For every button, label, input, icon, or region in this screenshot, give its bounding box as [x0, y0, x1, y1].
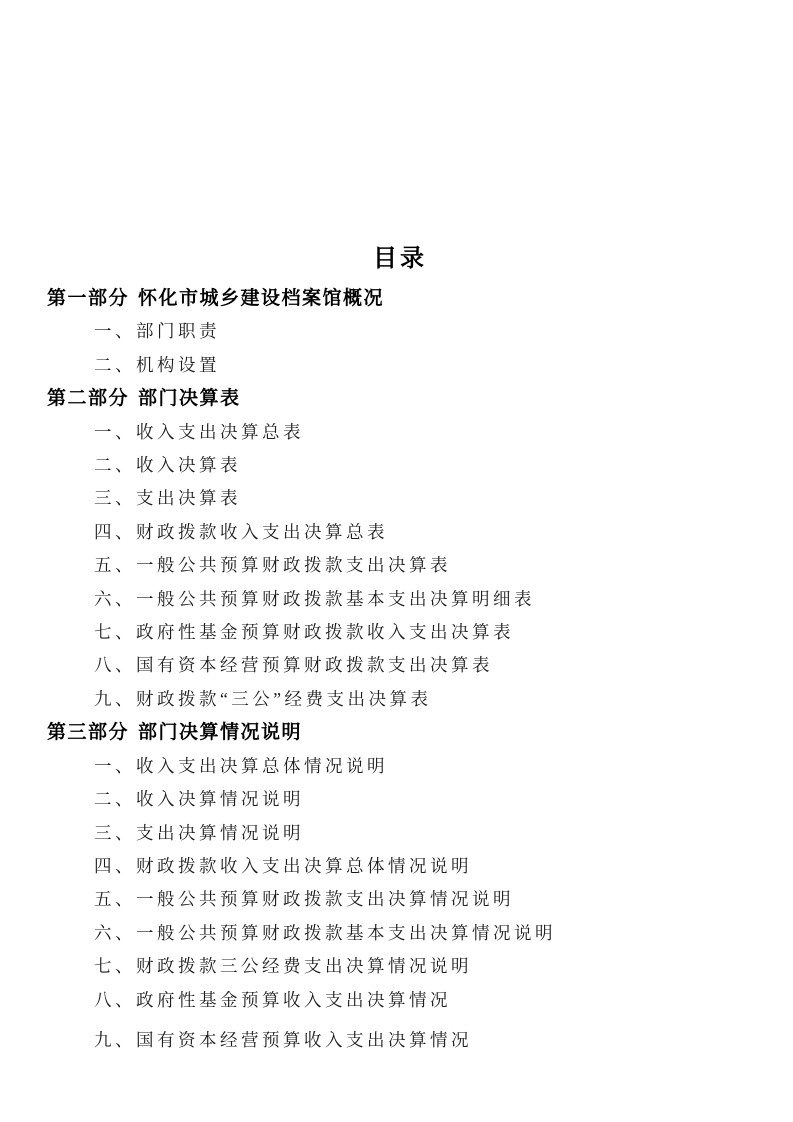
toc-item: 九、财政拨款“三公”经费支出决算表 [94, 683, 753, 716]
toc-item: 五、一般公共预算财政拨款支出决算表 [94, 549, 753, 582]
toc-section-heading: 第二部分部门决算表 [47, 382, 753, 415]
toc-section-title: 部门决算情况说明 [138, 722, 302, 743]
toc-item: 一、收入支出决算总表 [94, 416, 753, 449]
toc-section-label: 第三部分 [47, 722, 129, 743]
toc-item: 六、一般公共预算财政拨款基本支出决算情况说明 [94, 917, 753, 950]
toc-item: 九、国有资本经营预算收入支出决算情况 [94, 1024, 753, 1057]
toc-section-heading: 第一部分怀化市城乡建设档案馆概况 [47, 282, 753, 315]
toc-section-label: 第一部分 [47, 288, 129, 309]
toc-section-1: 第一部分怀化市城乡建设档案馆概况一、部门职责二、机构设置 [47, 282, 753, 382]
toc-item: 八、国有资本经营预算财政拨款支出决算表 [94, 649, 753, 682]
table-of-contents: 第一部分怀化市城乡建设档案馆概况一、部门职责二、机构设置第二部分部门决算表一、收… [47, 282, 753, 1057]
toc-item: 二、收入决算情况说明 [94, 783, 753, 816]
toc-item: 二、收入决算表 [94, 449, 753, 482]
toc-item: 四、财政拨款收入支出决算总表 [94, 516, 753, 549]
toc-item: 四、财政拨款收入支出决算总体情况说明 [94, 850, 753, 883]
document-page: 目录 第一部分怀化市城乡建设档案馆概况一、部门职责二、机构设置第二部分部门决算表… [0, 0, 793, 1122]
toc-item: 三、支出决算表 [94, 482, 753, 515]
toc-section-heading: 第三部分部门决算情况说明 [47, 716, 753, 749]
toc-section-3: 第三部分部门决算情况说明一、收入支出决算总体情况说明二、收入决算情况说明三、支出… [47, 716, 753, 1057]
toc-item: 二、机构设置 [94, 349, 753, 382]
toc-item: 五、一般公共预算财政拨款支出决算情况说明 [94, 883, 753, 916]
toc-item: 七、政府性基金预算财政拨款收入支出决算表 [94, 616, 753, 649]
toc-item: 一、收入支出决算总体情况说明 [94, 750, 753, 783]
toc-section-2: 第二部分部门决算表一、收入支出决算总表二、收入决算表三、支出决算表四、财政拨款收… [47, 382, 753, 716]
toc-section-label: 第二部分 [47, 388, 129, 409]
toc-item: 六、一般公共预算财政拨款基本支出决算明细表 [94, 583, 753, 616]
toc-item: 七、财政拨款三公经费支出决算情况说明 [94, 950, 753, 983]
toc-item: 八、政府性基金预算收入支出决算情况 [94, 984, 753, 1017]
toc-section-title: 怀化市城乡建设档案馆概况 [138, 288, 384, 309]
toc-item: 一、部门职责 [94, 315, 753, 348]
toc-section-title: 部门决算表 [138, 388, 241, 409]
toc-item: 三、支出决算情况说明 [94, 817, 753, 850]
page-title: 目录 [47, 245, 753, 273]
